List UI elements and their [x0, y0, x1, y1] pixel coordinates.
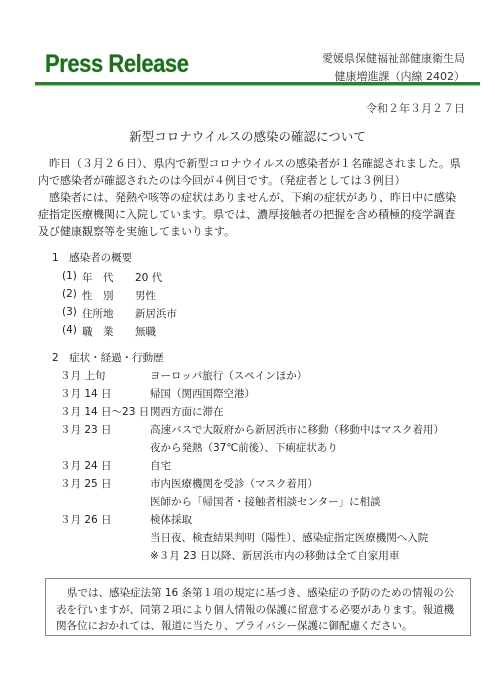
privacy-notice-text: 県では、感染症法第 16 条第１項の規定に基づき、感染症の予防のための情報の公表…	[56, 585, 462, 635]
item-num: (4)	[62, 324, 77, 336]
timeline-text: 検体採取	[150, 512, 192, 527]
release-date: 令和２年３月２７日	[366, 100, 465, 116]
item-label: 年 代	[82, 270, 114, 285]
timeline-date: ３月 26 日	[60, 512, 112, 527]
paragraph: 昨日（３月２６日）、県内で新型コロナウイルスの感染者が１名確認されました。県内で…	[38, 155, 463, 189]
timeline-date: ３月 24 日	[60, 458, 112, 473]
section-heading: 1 感染者の概要	[52, 250, 132, 265]
timeline-text: 自宅	[150, 458, 171, 473]
item-label: 住所地	[82, 306, 114, 321]
timeline-date: ３月 23 日	[60, 422, 112, 437]
item-label: 性 別	[82, 288, 114, 303]
item-num: (2)	[62, 288, 77, 300]
timeline-text: ※３月 23 日以降、新居浜市内の移動は全て自家用車	[150, 548, 399, 563]
item-value: 男性	[135, 288, 156, 303]
timeline-text: 市内医療機関を受診（マスク着用）	[150, 476, 318, 491]
item-label: 職 業	[82, 324, 114, 339]
item-num: (1)	[62, 270, 77, 282]
timeline-text: 当日夜、検査結果判明（陽性）、感染症指定医療機関へ入院	[150, 530, 428, 545]
timeline-date: ３月 14 日	[60, 386, 112, 401]
item-value: 新居浜市	[135, 306, 177, 321]
item-value: 20 代	[135, 270, 162, 285]
privacy-notice-box: 県では、感染症法第 16 条第１項の規定に基づき、感染症の予防のための情報の公表…	[45, 578, 471, 636]
page-title: 新型コロナウイルスの感染の確認について	[0, 127, 495, 145]
timeline-text: 帰国（関西国際空港）	[150, 386, 255, 401]
item-num: (3)	[62, 306, 77, 318]
timeline-text: 医師から「帰国者・接触者相談センター」に相談	[150, 494, 381, 509]
timeline-text: 高速バスで大阪府から新居浜市に移動（移動中はマスク着用）	[150, 422, 444, 437]
timeline-text: 夜から発熱（37℃前後）、下痢症状あり	[150, 440, 338, 455]
timeline-text: 関西方面に滞在	[150, 404, 224, 419]
item-value: 無職	[135, 324, 156, 339]
timeline-text: ヨーロッパ旅行（スペインほか）	[150, 368, 307, 383]
issuer: 愛媛県保健福祉部健康衛生局 健康増進課（内線 2402）	[322, 50, 465, 86]
body-text: 昨日（３月２６日）、県内で新型コロナウイルスの感染者が１名確認されました。県内で…	[38, 155, 463, 240]
timeline-date: ３月 25 日	[60, 476, 112, 491]
header-rule	[35, 82, 480, 85]
paragraph: 感染者には、発熱や咳等の症状はありませんが、下痢の症状があり、昨日中に感染症指定…	[38, 189, 463, 240]
section-heading: 2 症状・経過・行動歴	[52, 350, 164, 365]
timeline-date: ３月 上旬	[60, 368, 105, 383]
timeline-date: ３月 14 日～23 日	[60, 404, 149, 419]
department-name: 愛媛県保健福祉部健康衛生局	[322, 50, 465, 68]
press-release-logo: Press Release	[45, 50, 189, 79]
